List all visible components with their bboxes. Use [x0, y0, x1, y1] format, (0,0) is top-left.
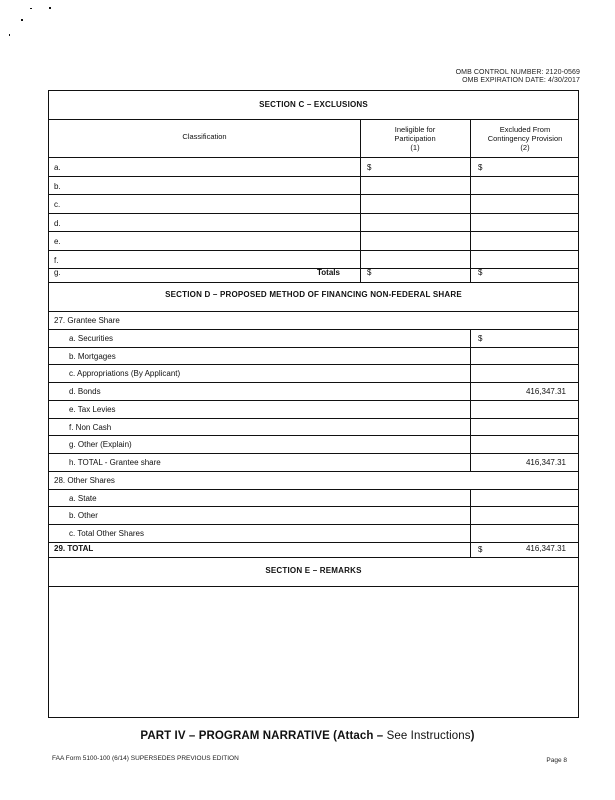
- remarks-field[interactable]: [53, 591, 573, 711]
- section-d-group-heading: 28. Other Shares: [54, 476, 115, 486]
- section-c-classification-field[interactable]: [67, 180, 357, 193]
- section-d-row-label: f. Non Cash: [69, 423, 111, 433]
- section-c-row-g-label: g.: [54, 268, 61, 278]
- section-c-row-label: b.: [54, 182, 61, 192]
- section-c-title: SECTION C – EXCLUSIONS: [49, 100, 578, 109]
- col-excluded-header: Excluded From Contingency Provision (2): [470, 125, 580, 152]
- col-classification-header: Classification: [49, 132, 360, 141]
- col-ineligible-line2: Participation: [360, 134, 470, 143]
- section-d-amount-field[interactable]: 416,347.31: [470, 458, 566, 468]
- section-d-row-label: g. Other (Explain): [69, 440, 132, 450]
- scan-speck: [9, 34, 10, 36]
- section-d-row-label: a. Securities: [69, 334, 113, 344]
- footer-form-id: FAA Form 5100-100 (6/14) SUPERSEDES PREV…: [52, 755, 239, 762]
- section-d-grand-total-label: 29. TOTAL: [54, 544, 93, 554]
- section-c-totals-ineligible[interactable]: $: [367, 268, 371, 278]
- scan-speck: [21, 19, 23, 21]
- part-iv-title-main: PART IV – PROGRAM NARRATIVE (: [140, 730, 337, 742]
- section-e-title: SECTION E – REMARKS: [49, 566, 578, 575]
- omb-control-number: OMB CONTROL NUMBER: 2120-0569: [456, 69, 580, 77]
- section-c-ineligible-field[interactable]: $: [367, 163, 371, 173]
- part-iv-title-instructions: See Instructions: [387, 730, 471, 742]
- omb-expiration-date: OMB EXPIRATION DATE: 4/30/2017: [462, 77, 580, 85]
- col-excluded-num: (2): [470, 143, 580, 152]
- section-d-row-label: a. State: [69, 494, 97, 504]
- section-c-classification-field[interactable]: [67, 198, 357, 211]
- section-c-excluded-field[interactable]: $: [478, 163, 482, 173]
- section-c-row-label: c.: [54, 200, 60, 210]
- section-d-row-label: c. Appropriations (By Applicant): [69, 369, 180, 379]
- section-c-totals-excluded[interactable]: $: [478, 268, 482, 278]
- section-c-row-label: d.: [54, 219, 61, 229]
- section-c-classification-field[interactable]: [67, 254, 357, 267]
- section-d-row-label: b. Other: [69, 511, 98, 521]
- section-d-group-heading: 27. Grantee Share: [54, 316, 120, 326]
- section-d-grand-total-amount[interactable]: 416,347.31: [470, 544, 566, 554]
- section-c-row-label: f.: [54, 256, 58, 266]
- col-ineligible-num: (1): [360, 143, 470, 152]
- section-d-amount-field[interactable]: 416,347.31: [470, 387, 566, 397]
- section-c-classification-field[interactable]: [67, 161, 357, 174]
- section-d-row-label: d. Bonds: [69, 387, 101, 397]
- section-d-row-label: b. Mortgages: [69, 352, 116, 362]
- budget-form: SECTION C – EXCLUSIONS Classification In…: [48, 90, 579, 718]
- section-d-amount-field[interactable]: $: [478, 334, 482, 344]
- section-d-title: SECTION D – PROPOSED METHOD OF FINANCING…: [49, 290, 578, 299]
- section-c-row-label: a.: [54, 163, 61, 173]
- col-ineligible-line1: Ineligible for: [360, 125, 470, 134]
- section-c-classification-field[interactable]: [67, 217, 357, 230]
- section-d-row-label: h. TOTAL - Grantee share: [69, 458, 161, 468]
- col-ineligible-header: Ineligible for Participation (1): [360, 125, 470, 152]
- footer-page-number: Page 8: [546, 757, 567, 764]
- section-c-row-label: e.: [54, 237, 61, 247]
- section-d-row-label: e. Tax Levies: [69, 405, 116, 415]
- col-excluded-line1: Excluded From: [470, 125, 580, 134]
- part-iv-title-close: ): [471, 730, 475, 742]
- scan-speck: [30, 8, 32, 9]
- section-d-row-label: c. Total Other Shares: [69, 529, 144, 539]
- section-c-totals-label: Totals: [317, 268, 340, 278]
- part-iv-title-attach: Attach –: [337, 730, 386, 742]
- part-iv-title: PART IV – PROGRAM NARRATIVE (Attach – Se…: [0, 730, 615, 742]
- section-c-classification-field[interactable]: [67, 235, 357, 248]
- col-excluded-line2: Contingency Provision: [470, 134, 580, 143]
- scan-speck: [49, 7, 51, 9]
